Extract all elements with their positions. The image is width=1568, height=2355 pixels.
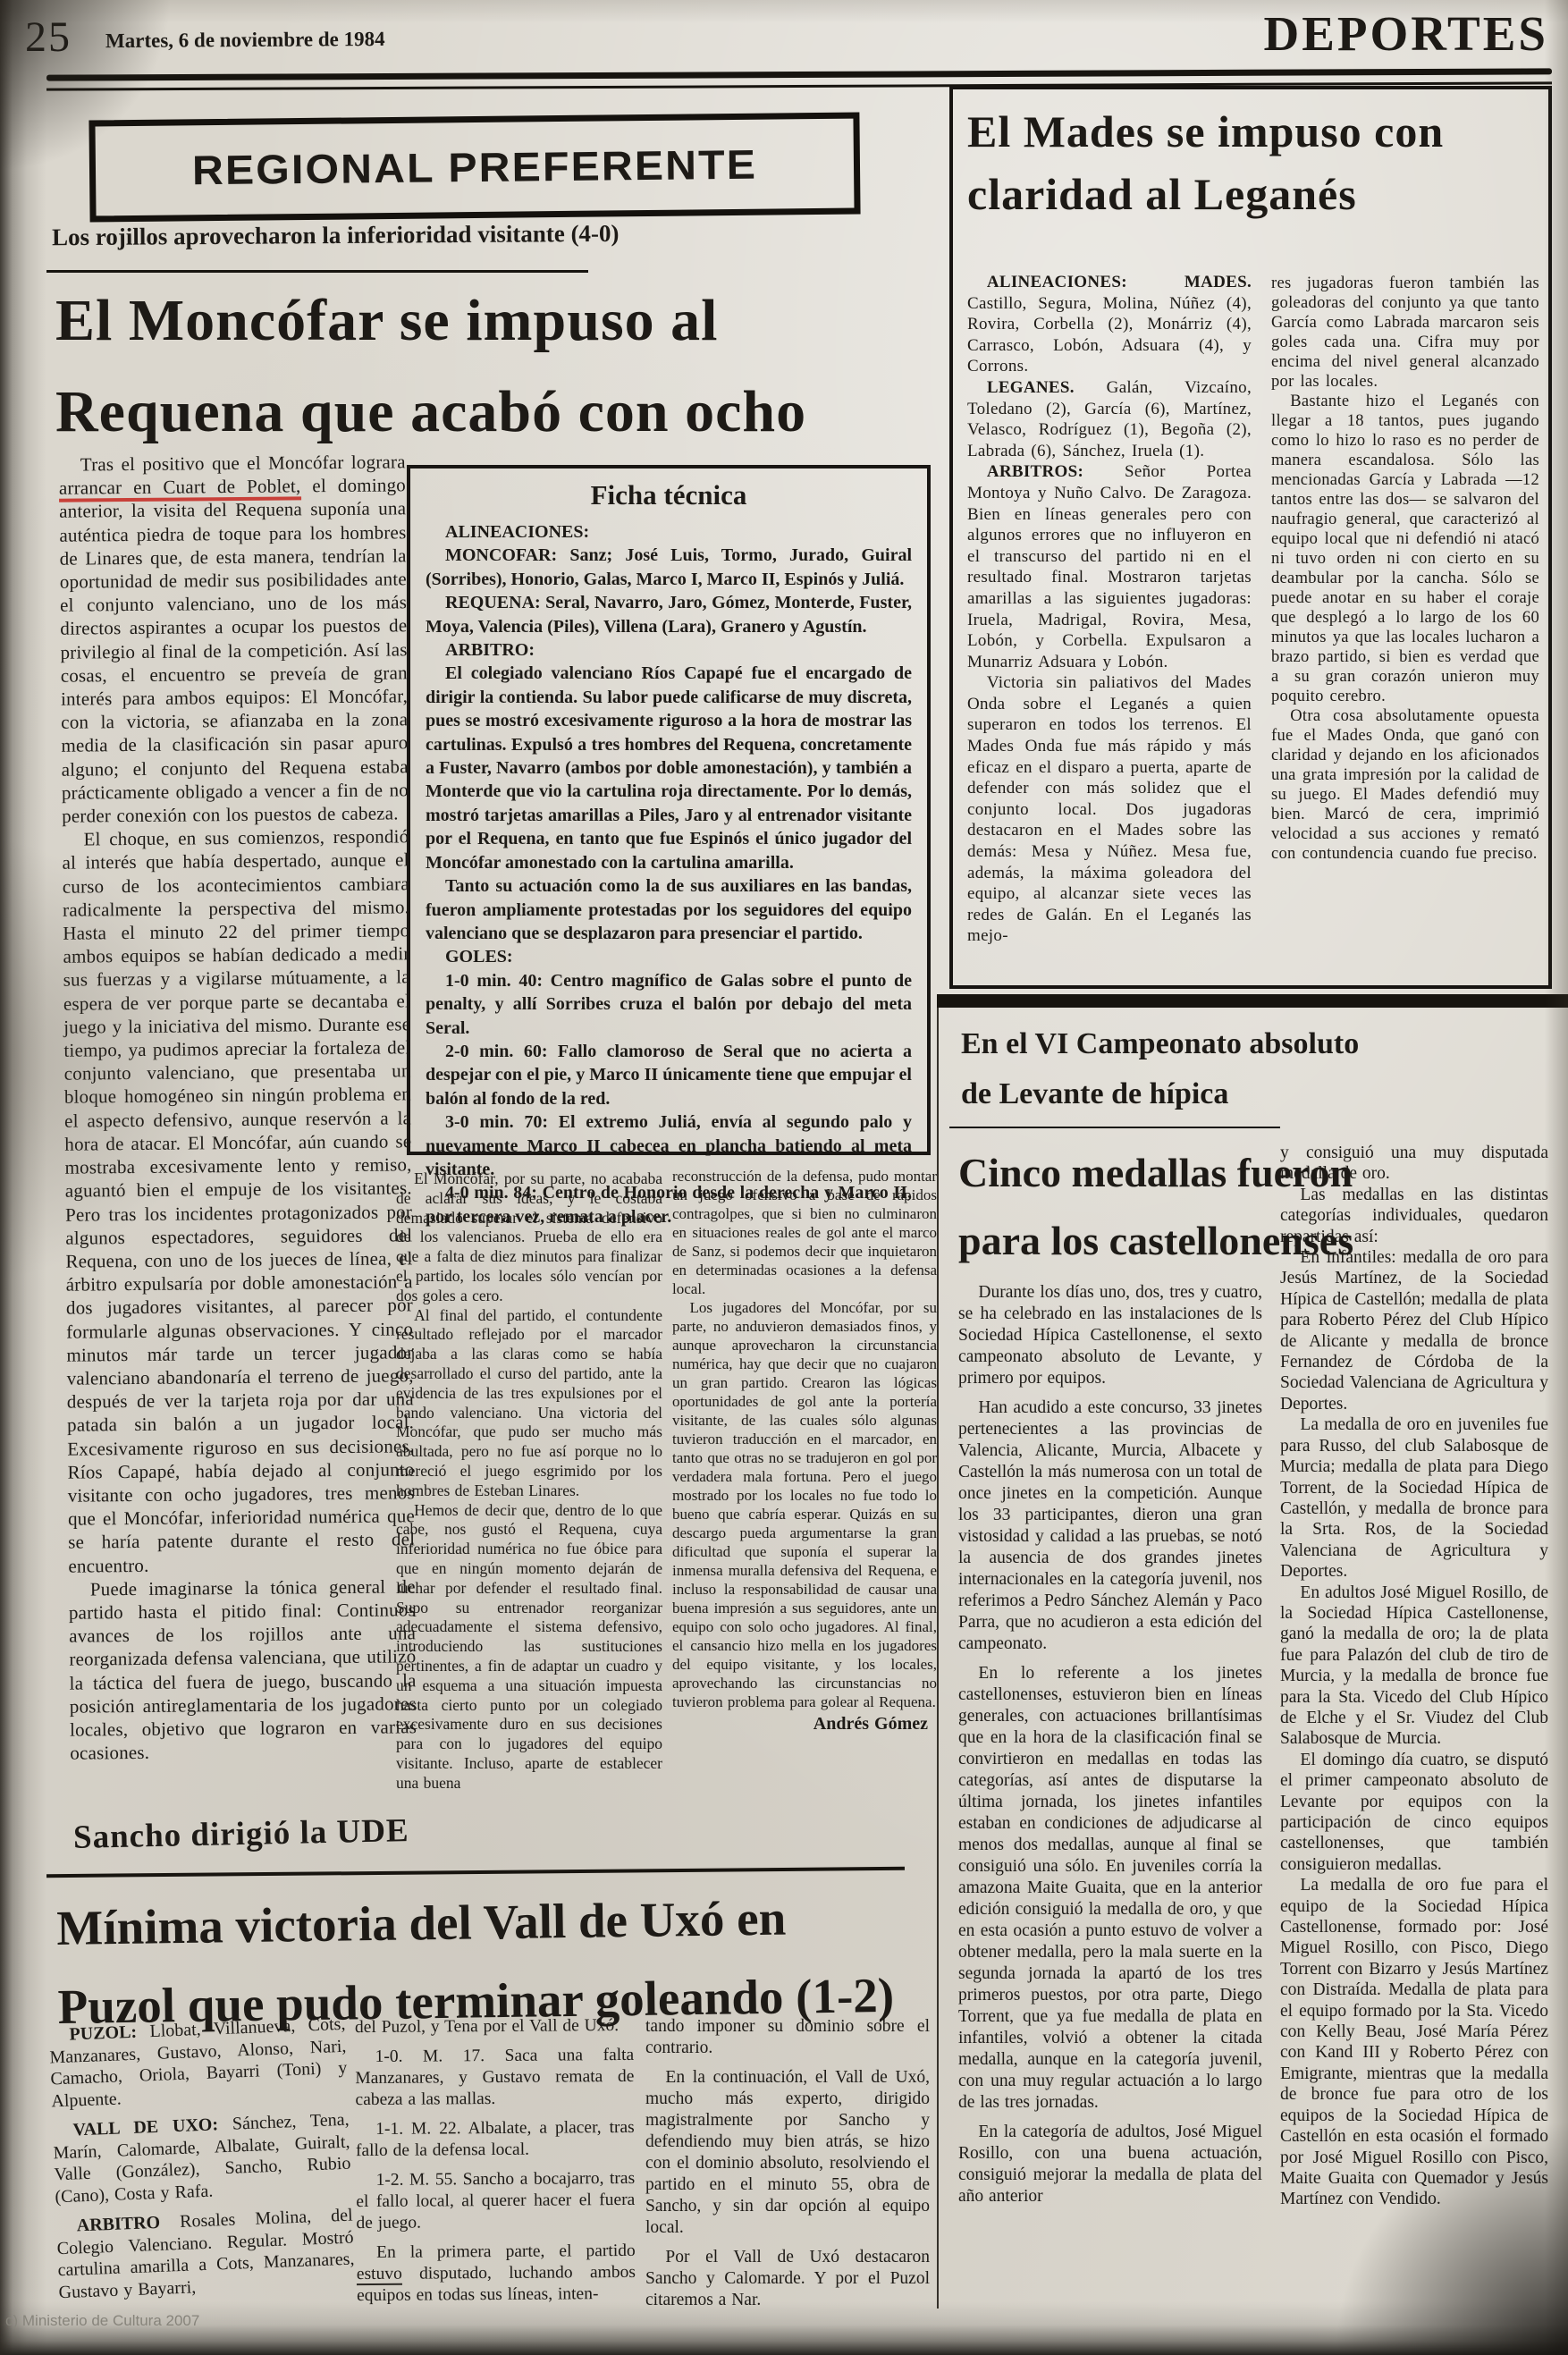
paragraph: VALL DE UXO: Sánchez, Tena, Marín, Calom… [52, 2109, 352, 2208]
section-separator-bar [937, 994, 1568, 1008]
paragraph: Hemos de decir que, dentro de lo que cab… [396, 1501, 662, 1794]
vall-col1: PUZOL: Llobat, Villanueva, Cots, Manzana… [48, 2013, 356, 2304]
paragraph: 1-0 min. 40: Centro magnífico de Galas s… [426, 969, 912, 1040]
paragraph: En lo referente a los jinetes castellone… [958, 1663, 1262, 2114]
paragraph: PUZOL: Llobat, Villanueva, Cots, Manzana… [48, 2013, 349, 2113]
paragraph: ARBITRO Rosales Molina, del Colegio Vale… [55, 2205, 356, 2304]
headline-line: claridad al Leganés [967, 163, 1444, 225]
paragraph: MONCOFAR: Sanz; José Luis, Tormo, Jurado… [426, 544, 912, 591]
page-number: 25 [25, 13, 72, 62]
newspaper-page: 25 Martes, 6 de noviembre de 1984 DEPORT… [0, 0, 1568, 2355]
regional-kicker-rule [46, 270, 588, 273]
column-divider-rule [937, 1008, 939, 2309]
paragraph: tando imponer su dominio sobre el contra… [645, 2016, 930, 2059]
ude-rule [46, 1867, 905, 1878]
hipica-col1: Durante los días uno, dos, tres y cuatro… [958, 1282, 1262, 2207]
regional-col2: El Moncófar, por su parte, no acababa de… [396, 1169, 662, 1794]
headline-line: Mínima victoria del Vall de Uxó en [56, 1877, 951, 1968]
paragraph: 1-2. M. 55. Sancho a bocajarro, tras el … [356, 2168, 635, 2234]
paragraph: Tras el positivo que el Moncófar lograra… [59, 450, 409, 828]
headline-line: El Moncófar se impuso al [55, 275, 949, 367]
hipica-kicker-rule [949, 1127, 1280, 1128]
paragraph: En la primera parte, el partido estuvo d… [357, 2241, 636, 2307]
regional-headline: El Moncófar se impuso alRequena que acab… [55, 275, 949, 458]
kicker-line: de Levante de hípica [961, 1069, 1359, 1119]
pen-underline: estuvo [357, 2265, 402, 2285]
article-signature: Andrés Gómez [672, 1715, 937, 1734]
paragraph: Victoria sin paliativos del Mades Onda s… [967, 672, 1252, 947]
regional-banner: REGIONAL PREFERENTE [89, 112, 860, 222]
headline-line: El Mades se impuso con [967, 100, 1444, 163]
paragraph: Otra cosa absolutamente opuesta fue el M… [1271, 706, 1539, 864]
vall-col3: tando imponer su dominio sobre el contra… [645, 2016, 930, 2311]
paragraph: La medalla de oro fue para el equipo de … [1280, 1875, 1548, 2210]
paragraph: Bastante hizo el Leganés con llegar a 18… [1271, 392, 1539, 706]
paragraph: ALINEACIONES: MADES. Castillo, Segura, M… [967, 272, 1252, 377]
paragraph: y consiguió una muy disputada medalla de… [1280, 1143, 1548, 1185]
ficha-body: ALINEACIONES:MONCOFAR: Sanz; José Luis, … [426, 520, 912, 1228]
regional-col1: Tras el positivo que el Moncófar lograra… [59, 450, 417, 1765]
paragraph: 2-0 min. 60: Fallo clamoroso de Seral qu… [426, 1040, 912, 1110]
hipica-col2: y consiguió una muy disputada medalla de… [1280, 1143, 1548, 2210]
paragraph: ARBITROS: Señor Portea Montoya y Nuño Ca… [967, 461, 1252, 672]
paragraph: En la continuación, el Vall de Uxó, much… [645, 2067, 930, 2239]
paragraph: En adultos José Miguel Rosillo, de la So… [1280, 1583, 1548, 1750]
regional-banner-label: REGIONAL PREFERENTE [192, 140, 758, 195]
paragraph: Al final del partido, el contundente res… [396, 1306, 662, 1501]
paragraph: Tanto su actuación como la de sus auxili… [426, 874, 912, 945]
paragraph: Durante los días uno, dos, tres y cuatro… [958, 1282, 1262, 1389]
ficha-tecnica-box: Ficha técnica ALINEACIONES:MONCOFAR: San… [407, 465, 931, 1155]
regional-col3: reconstrucción de la defensa, pudo monta… [672, 1167, 937, 1734]
header-rule-thick [46, 68, 1552, 80]
ude-pretitle: Sancho dirigió la UDE [73, 1811, 409, 1857]
mades-colA: ALINEACIONES: MADES. Castillo, Segura, M… [967, 272, 1252, 947]
page-date: Martes, 6 de noviembre de 1984 [105, 28, 385, 53]
paragraph: REQUENA: Seral, Navarro, Jaro, Gómez, Mo… [426, 591, 912, 638]
paragraph: El choque, en sus comienzos, respondió a… [62, 825, 415, 1578]
paragraph: Las medallas en las distintas categorías… [1280, 1185, 1548, 1247]
ficha-title: Ficha técnica [426, 479, 912, 511]
paragraph: ARBITRO: [426, 638, 912, 662]
mades-article-box: El Mades se impuso conclaridad al Legané… [949, 86, 1552, 989]
paragraph: En infantiles: medalla de oro para Jesús… [1280, 1247, 1548, 1414]
paragraph: El colegiado valenciano Ríos Capapé fue … [426, 662, 912, 874]
hipica-kicker: En el VI Campeonato absolutode Levante d… [961, 1019, 1359, 1119]
paragraph: Puede imaginarse la tónica general de pa… [69, 1574, 417, 1765]
paragraph: Han acudido a este concurso, 33 jinetes … [958, 1397, 1262, 1655]
paragraph: reconstrucción de la defensa, pudo monta… [672, 1167, 937, 1298]
headline-line: Requena que acabó con ocho [55, 367, 949, 458]
paragraph: Por el Vall de Uxó destacaron Sancho y C… [645, 2247, 930, 2311]
paragraph: 1-1. M. 22. Albalate, a placer, tras fal… [356, 2117, 635, 2162]
kicker-line: En el VI Campeonato absoluto [961, 1019, 1359, 1069]
mades-headline: El Mades se impuso conclaridad al Legané… [967, 100, 1444, 225]
paragraph: Los jugadores del Moncófar, por su parte… [672, 1298, 937, 1711]
archive-watermark: c) Ministerio de Cultura 2007 [5, 2312, 199, 2330]
paragraph: del Puzol, y Tena por el Vall de Uxó. [355, 2015, 634, 2038]
paragraph: La medalla de oro en juveniles fue para … [1280, 1414, 1548, 1582]
vall-col2: del Puzol, y Tena por el Vall de Uxó.1-0… [355, 2015, 636, 2307]
paragraph: 1-0. M. 17. Saca una falta Manzanares, y… [355, 2045, 634, 2111]
regional-kicker: Los rojillos aprovecharon la inferiorida… [52, 220, 620, 251]
section-title: DEPORTES [1135, 5, 1548, 62]
paragraph: res jugadoras fueron también las goleado… [1271, 274, 1539, 392]
mades-colB: res jugadoras fueron también las goleado… [1271, 274, 1539, 864]
paragraph: El domingo día cuatro, se disputó el pri… [1280, 1750, 1548, 1875]
paragraph: GOLES: [426, 945, 912, 968]
paragraph: LEGANES. Galán, Vizcaíno, Toledano (2), … [967, 377, 1252, 461]
paragraph: El Moncófar, por su parte, no acababa de… [396, 1169, 662, 1306]
paragraph: En la categoría de adultos, José Miguel … [958, 2122, 1262, 2207]
paragraph: ALINEACIONES: [426, 520, 912, 544]
